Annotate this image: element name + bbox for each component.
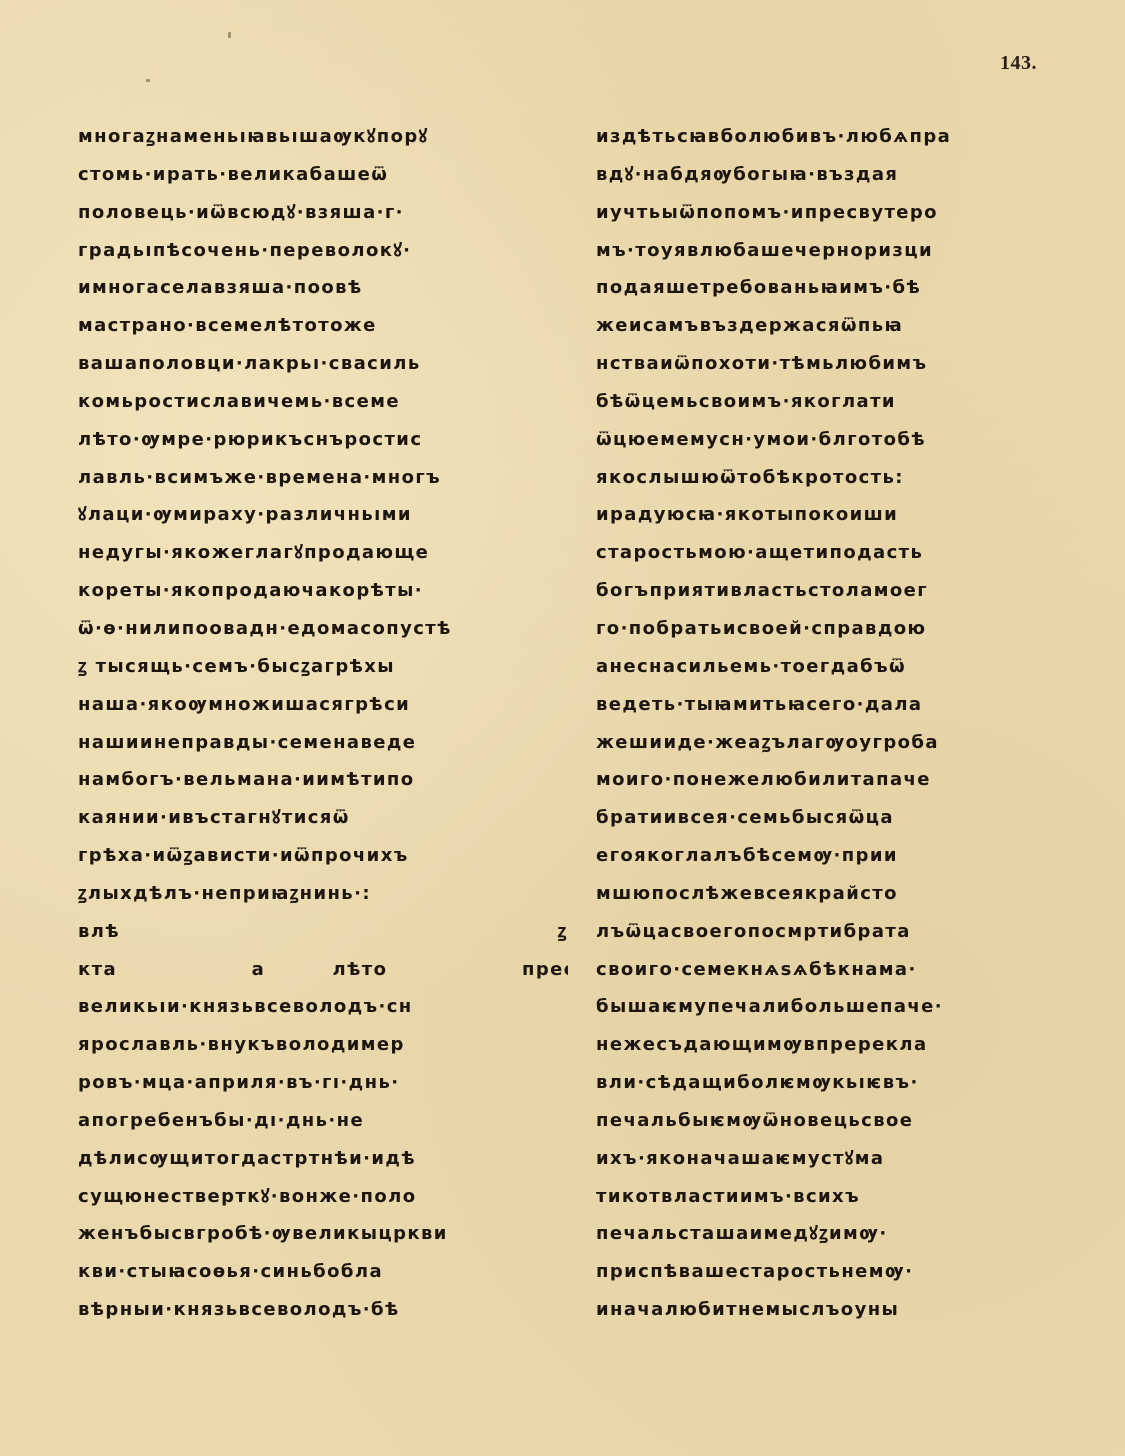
text-line: богъприятивластьстоламоег xyxy=(596,572,1076,610)
text-line-year-heading: кта а лѣто Преставися xyxy=(78,951,568,989)
text-line: нстваиѿпохоти·тѣмьлюбимъ xyxy=(596,345,1076,383)
paper-speck xyxy=(228,32,231,38)
text-line: издѣтьсꙗвболюбивъ·любѧпра xyxy=(596,118,1076,156)
text-line: братиивсея·семьбысяѿца xyxy=(596,799,1076,837)
text-line: ѿцюемемусн·умои·блготобѣ xyxy=(596,421,1076,459)
text-line: приспѣвашестаростьнемѹ· xyxy=(596,1253,1076,1291)
text-line: бѣѿцемьсвоимъ·якоглати xyxy=(596,383,1076,421)
text-line: лъѿцасвоегопосмртибрата xyxy=(596,913,1076,951)
text-line: комьростиславичемь·всеме xyxy=(78,383,568,421)
text-line: кореты·якопродаючакорѣты· xyxy=(78,572,568,610)
text-line: женъбысвгробѣ·ѹвеликыцркви xyxy=(78,1215,568,1253)
text-line: градьıпѣсочень·переволокꙋ· xyxy=(78,232,568,270)
text-line: недугы·якожеглагꙋпродающе xyxy=(78,534,568,572)
text-line: нашиинеправды·семенаведе xyxy=(78,724,568,762)
left-text-column: многаꙁнаменьıꙗвьıшаѹкꙋпорꙋ стомь·ирать·в… xyxy=(78,118,568,1329)
text-line-year-heading: влѣ ꙁ ка инди xyxy=(78,913,568,951)
text-line: егоякоглалъбѣсемѹ·прии xyxy=(596,837,1076,875)
text-line: мшюпослѣжевсеякрайсто xyxy=(596,875,1076,913)
text-line: вѣрныи·князьвсеволодъ·бѣ xyxy=(78,1291,568,1329)
text-line: печальбыѥмѹѿновецьсвое xyxy=(596,1102,1076,1140)
text-line: ихъ·яконачашаѥмустꙋма xyxy=(596,1140,1076,1178)
text-line: анеснасильемь·тоегдабъѿ xyxy=(596,648,1076,686)
text-line: жеисамъвъздержасяѿпьꙗ xyxy=(596,307,1076,345)
text-line: своиго·семекнѧѕѧбѣкнама· xyxy=(596,951,1076,989)
text-line: многаꙁнаменьıꙗвьıшаѹкꙋпорꙋ xyxy=(78,118,568,156)
text-line: ꙁлыхдѣлъ·неприꙗꙁнинь·: xyxy=(78,875,568,913)
text-line: вли·сѣдащиболѥмѹкьıѥвъ· xyxy=(596,1064,1076,1102)
text-line: лавль·всимъже·времена·многъ xyxy=(78,459,568,497)
paper-speck xyxy=(146,79,150,82)
text-line: ѿ·ѳ·нилипоовадн·едомасопустѣ xyxy=(78,610,568,648)
text-line: апогребенъбы·дı·днь·не xyxy=(78,1102,568,1140)
text-line: ведеть·тыꙗмитьꙗсего·дала xyxy=(596,686,1076,724)
text-line: стомь·ирать·великабашеѿ xyxy=(78,156,568,194)
text-line: го·побратьисвоей·справдою xyxy=(596,610,1076,648)
text-line: иучтьыѿпопомъ·ипресвутеро xyxy=(596,194,1076,232)
text-line: тикотвластиимъ·всихъ xyxy=(596,1178,1076,1216)
text-line: ровъ·мца·априля·въ·гı·днь· xyxy=(78,1064,568,1102)
text-line: великьıи·князьвсеволодъ·сн xyxy=(78,988,568,1026)
text-line: якослышюѿтобѣкротость: xyxy=(596,459,1076,497)
text-line: намбогъ·вельмана·иимѣтипо xyxy=(78,761,568,799)
text-line: каянии·ивъстагнꙋтисяѿ xyxy=(78,799,568,837)
text-line: бышаѥмупечалибольшепаче· xyxy=(596,988,1076,1026)
text-line: ярославль·внукъволодимер xyxy=(78,1026,568,1064)
text-line: подаяшетребованьꙗимъ·бѣ xyxy=(596,269,1076,307)
text-line: половець·иѿвсюдꙋ·взяша·г· xyxy=(78,194,568,232)
text-line: нежесъдающимѹвпререкла xyxy=(596,1026,1076,1064)
text-line: печальсташаимедꙋꙁимѹ· xyxy=(596,1215,1076,1253)
manuscript-page: 143. многаꙁнаменьıꙗвьıшаѹкꙋпорꙋ стомь·ир… xyxy=(0,0,1125,1456)
text-line: вашаполовци·лакрьı·свасиль xyxy=(78,345,568,383)
text-line: имногаселавзяша·поовѣ xyxy=(78,269,568,307)
text-line: ирадуюсꙗ·якотыпокоиши xyxy=(596,496,1076,534)
text-line: ꙋлаци·ѹмираху·различньıми xyxy=(78,496,568,534)
text-line: грѣха·иѿꙁависти·иѿпрочихъ xyxy=(78,837,568,875)
text-line: наша·якоѹмножишасягрѣси xyxy=(78,686,568,724)
text-line: мастрано·всемелѣтотоже xyxy=(78,307,568,345)
text-line: иначалюбитнемыслъоуны xyxy=(596,1291,1076,1329)
text-line: жешииде·жеаꙁълагѹоугроба xyxy=(596,724,1076,762)
text-line: кви·стыꙗсоѳья·синьбобла xyxy=(78,1253,568,1291)
text-line: дѣлисѹщитогдастртнѣи·идѣ xyxy=(78,1140,568,1178)
text-line: моиго·понежелюбилитапаче xyxy=(596,761,1076,799)
page-number: 143. xyxy=(1000,52,1037,75)
text-line: ꙁ тысящь·семъ·бысꙁагрѣхы xyxy=(78,648,568,686)
text-line: вдꙋ·набдяѹбогыꙗ·въздая xyxy=(596,156,1076,194)
right-text-column: издѣтьсꙗвболюбивъ·любѧпра вдꙋ·набдяѹбогы… xyxy=(596,118,1076,1329)
text-line: мъ·тоуявлюбашечерноризци xyxy=(596,232,1076,270)
text-line: лѣто·ѹмре·рюрикъснъростис xyxy=(78,421,568,459)
text-line: старостьмою·ащетиподасть xyxy=(596,534,1076,572)
text-line: сущюнестверткꙋ·вонже·поло xyxy=(78,1178,568,1216)
